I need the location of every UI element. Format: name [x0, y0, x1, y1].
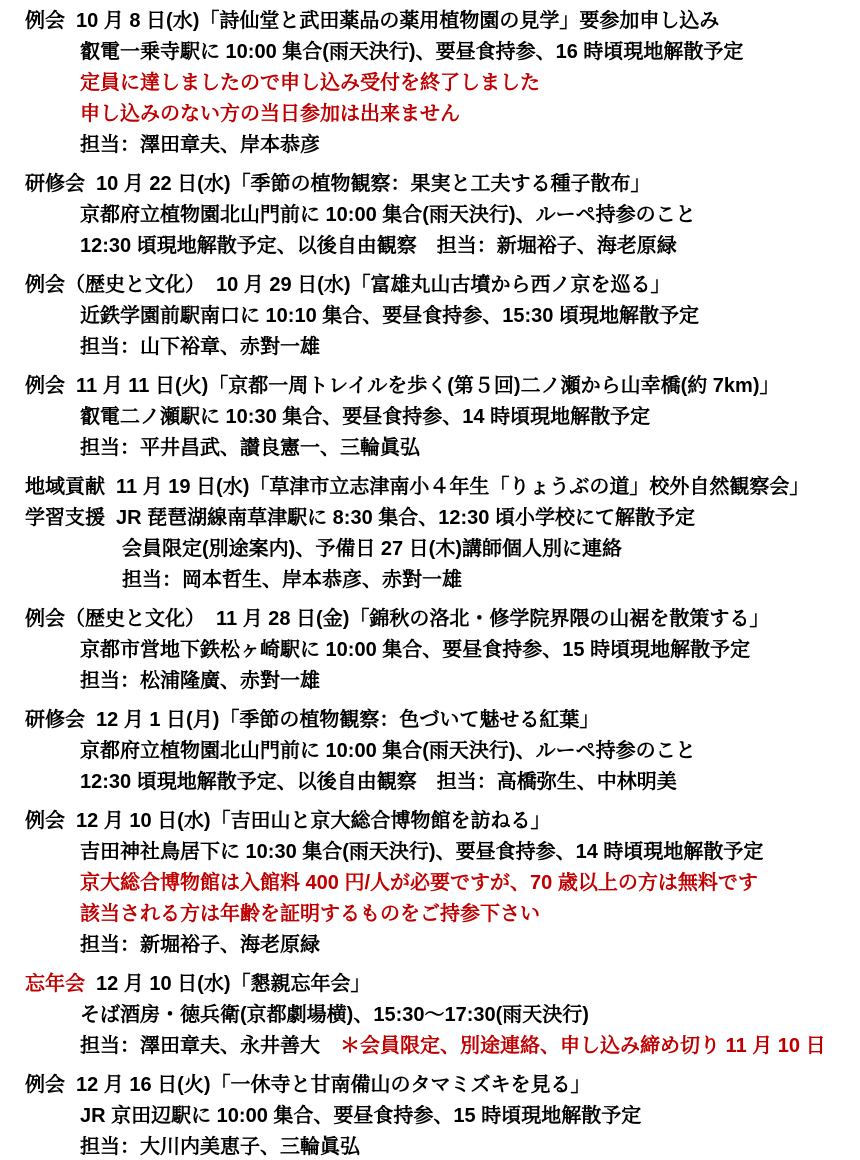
- text-segment: 会員限定(別途案内)、予備日 27 日(木)講師個人別に連絡: [122, 534, 622, 565]
- event-line: 担当：松浦隆廣、赤對一雄: [25, 666, 852, 697]
- event-line: 12:30 頃現地解散予定、以後自由観察 担当：新堀裕子、海老原緑: [25, 231, 852, 262]
- text-segment: JR 京田辺駅に 10:00 集合、要昼食持参、15 時頃現地解散予定: [80, 1101, 641, 1132]
- event-line: 叡電一乗寺駅に 10:00 集合(雨天決行)、要昼食持参、16 時頃現地解散予定: [25, 37, 852, 68]
- event-block: 忘年会12 月 10 日(水)「懇親忘年会」そば酒房・徳兵衛(京都劇場横)、15…: [25, 969, 852, 1062]
- event-category-label: 例会: [25, 806, 65, 837]
- events-list: 例会10 月 8 日(水)「詩仙堂と武田薬品の薬用植物園の見学」要参加申し込み叡…: [0, 0, 860, 1160]
- event-category-label-2: 学習支援: [25, 503, 105, 534]
- event-heading-row: 例会12 月 10 日(水)「吉田山と京大総合博物館を訪ねる」: [25, 806, 852, 837]
- event-heading: 12 月 10 日(水)「吉田山と京大総合博物館を訪ねる」: [76, 806, 550, 837]
- event-heading-row: 地域貢献11 月 19 日(水)「草津市立志津南小４年生「りょうぶの道」校外自然…: [25, 472, 852, 503]
- event-category-label: 忘年会: [25, 969, 85, 1000]
- event-line: 該当される方は年齢を証明するものをご持参下さい: [25, 899, 852, 930]
- text-segment: ＊会員限定、別途連絡、申し込み締め切り 11 月 10 日: [340, 1031, 826, 1062]
- event-heading: 12 月 16 日(火)「一休寺と甘南備山のタマミズキを見る」: [76, 1070, 590, 1101]
- text-segment: そば酒房・徳兵衛(京都劇場横)、15:30～17:30(雨天決行): [80, 1000, 589, 1031]
- event-line: 担当：新堀裕子、海老原緑: [25, 930, 852, 961]
- event-heading-row: 例会10 月 8 日(水)「詩仙堂と武田薬品の薬用植物園の見学」要参加申し込み: [25, 6, 852, 37]
- event-line: 申し込みのない方の当日参加は出来ません: [25, 99, 852, 130]
- text-segment: 叡電二ノ瀬駅に 10:30 集合、要昼食持参、14 時頃現地解散予定: [80, 402, 650, 433]
- event-block: 例会12 月 16 日(火)「一休寺と甘南備山のタマミズキを見る」JR 京田辺駅…: [25, 1070, 852, 1160]
- event-line: 叡電二ノ瀬駅に 10:30 集合、要昼食持参、14 時頃現地解散予定: [25, 402, 852, 433]
- text-segment: 担当：平井昌武、讃良憲一、三輪眞弘: [80, 433, 420, 464]
- text-segment: 京都府立植物園北山門前に 10:00 集合(雨天決行)、ルーペ持参のこと: [80, 200, 696, 231]
- text-segment: 京大総合博物館は入館料 400 円/人が必要ですが、70 歳以上の方は無料です: [80, 868, 758, 899]
- event-heading: 10 月 8 日(水)「詩仙堂と武田薬品の薬用植物園の見学」要参加申し込み: [76, 6, 719, 37]
- text-segment: 近鉄学園前駅南口に 10:10 集合、要昼食持参、15:30 頃現地解散予定: [80, 301, 699, 332]
- event-line: 近鉄学園前駅南口に 10:10 集合、要昼食持参、15:30 頃現地解散予定: [25, 301, 852, 332]
- event-heading: 12 月 10 日(水)「懇親忘年会」: [96, 969, 370, 1000]
- text-segment: 12:30 頃現地解散予定、以後自由観察 担当：新堀裕子、海老原緑: [80, 231, 677, 262]
- event-block: 研修会10 月 22 日(水)「季節の植物観察：果実と工夫する種子散布」京都府立…: [25, 169, 852, 262]
- event-block: 例会（歴史と文化）10 月 29 日(水)「富雄丸山古墳から西ノ京を巡る」近鉄学…: [25, 270, 852, 363]
- text-segment: 担当：山下裕章、赤對一雄: [80, 332, 320, 363]
- event-category-label: 例会: [25, 1070, 65, 1101]
- event-line: 定員に達しましたので申し込み受付を終了しました: [25, 68, 852, 99]
- text-segment: 申し込みのない方の当日参加は出来ません: [80, 99, 460, 130]
- text-segment: 担当：新堀裕子、海老原緑: [80, 930, 320, 961]
- event-line: 京大総合博物館は入館料 400 円/人が必要ですが、70 歳以上の方は無料です: [25, 868, 852, 899]
- text-segment: 京都府立植物園北山門前に 10:00 集合(雨天決行)、ルーペ持参のこと: [80, 736, 696, 767]
- event-heading: 10 月 29 日(水)「富雄丸山古墳から西ノ京を巡る」: [216, 270, 670, 301]
- event-category-label: 例会: [25, 6, 65, 37]
- event-heading: 11 月 11 日(火)「京都一周トレイルを歩く(第５回)二ノ瀬から山幸橋(約 …: [76, 371, 780, 402]
- event-line: 担当：山下裕章、赤對一雄: [25, 332, 852, 363]
- event-line: 吉田神社鳥居下に 10:30 集合(雨天決行)、要昼食持参、14 時頃現地解散予…: [25, 837, 852, 868]
- event-heading-row: 研修会12 月 1 日(月)「季節の植物観察：色づいて魅せる紅葉」: [25, 705, 852, 736]
- text-segment: JR 琵琶湖線南草津駅に 8:30 集合、12:30 頃小学校にて解散予定: [116, 503, 695, 534]
- event-line: そば酒房・徳兵衛(京都劇場横)、15:30～17:30(雨天決行): [25, 1000, 852, 1031]
- event-heading-row: 研修会10 月 22 日(水)「季節の植物観察：果実と工夫する種子散布」: [25, 169, 852, 200]
- event-heading-row: 例会（歴史と文化）10 月 29 日(水)「富雄丸山古墳から西ノ京を巡る」: [25, 270, 852, 301]
- text-segment: 担当：澤田章夫、岸本恭彦: [80, 130, 320, 161]
- text-segment: 京都市営地下鉄松ヶ崎駅に 10:00 集合、要昼食持参、15 時頃現地解散予定: [80, 635, 750, 666]
- text-segment: 該当される方は年齢を証明するものをご持参下さい: [80, 899, 540, 930]
- text-segment: 担当：岡本哲生、岸本恭彦、赤對一雄: [122, 565, 462, 596]
- text-segment: 吉田神社鳥居下に 10:30 集合(雨天決行)、要昼食持参、14 時頃現地解散予…: [80, 837, 763, 868]
- event-heading-row: 例会11 月 11 日(火)「京都一周トレイルを歩く(第５回)二ノ瀬から山幸橋(…: [25, 371, 852, 402]
- text-segment: 担当：大川内美恵子、三輪眞弘: [80, 1132, 360, 1160]
- text-segment: 担当：澤田章夫、永井善大: [80, 1031, 340, 1062]
- event-line: 担当：澤田章夫、永井善大 ＊会員限定、別途連絡、申し込み締め切り 11 月 10…: [25, 1031, 852, 1062]
- event-block: 例会12 月 10 日(水)「吉田山と京大総合博物館を訪ねる」吉田神社鳥居下に …: [25, 806, 852, 961]
- event-block: 例会11 月 11 日(火)「京都一周トレイルを歩く(第５回)二ノ瀬から山幸橋(…: [25, 371, 852, 464]
- text-segment: 12:30 頃現地解散予定、以後自由観察 担当：高橋弥生、中林明美: [80, 767, 677, 798]
- event-heading: 10 月 22 日(水)「季節の植物観察：果実と工夫する種子散布」: [96, 169, 650, 200]
- event-heading-row: 例会12 月 16 日(火)「一休寺と甘南備山のタマミズキを見る」: [25, 1070, 852, 1101]
- event-line: 京都府立植物園北山門前に 10:00 集合(雨天決行)、ルーペ持参のこと: [25, 200, 852, 231]
- event-heading-row: 忘年会12 月 10 日(水)「懇親忘年会」: [25, 969, 852, 1000]
- text-segment: 担当：松浦隆廣、赤對一雄: [80, 666, 320, 697]
- event-line: 京都市営地下鉄松ヶ崎駅に 10:00 集合、要昼食持参、15 時頃現地解散予定: [25, 635, 852, 666]
- event-line: 担当：澤田章夫、岸本恭彦: [25, 130, 852, 161]
- event-heading: 12 月 1 日(月)「季節の植物観察：色づいて魅せる紅葉」: [96, 705, 599, 736]
- event-line: 学習支援JR 琵琶湖線南草津駅に 8:30 集合、12:30 頃小学校にて解散予…: [25, 503, 852, 534]
- event-block: 研修会12 月 1 日(月)「季節の植物観察：色づいて魅せる紅葉」京都府立植物園…: [25, 705, 852, 798]
- event-line: JR 京田辺駅に 10:00 集合、要昼食持参、15 時頃現地解散予定: [25, 1101, 852, 1132]
- event-block: 例会10 月 8 日(水)「詩仙堂と武田薬品の薬用植物園の見学」要参加申し込み叡…: [25, 6, 852, 161]
- event-category-label: 研修会: [25, 169, 85, 200]
- event-line: 12:30 頃現地解散予定、以後自由観察 担当：高橋弥生、中林明美: [25, 767, 852, 798]
- event-line: 担当：岡本哲生、岸本恭彦、赤對一雄: [25, 565, 852, 596]
- text-segment: 叡電一乗寺駅に 10:00 集合(雨天決行)、要昼食持参、16 時頃現地解散予定: [80, 37, 743, 68]
- event-block: 例会（歴史と文化）11 月 28 日(金)「錦秋の洛北・修学院界隈の山裾を散策す…: [25, 604, 852, 697]
- event-heading-row: 例会（歴史と文化）11 月 28 日(金)「錦秋の洛北・修学院界隈の山裾を散策す…: [25, 604, 852, 635]
- event-category-label: 研修会: [25, 705, 85, 736]
- event-category-label: 例会（歴史と文化）: [25, 270, 205, 301]
- event-heading: 11 月 19 日(水)「草津市立志津南小４年生「りょうぶの道」校外自然観察会」: [116, 472, 809, 503]
- event-category-label: 例会: [25, 371, 65, 402]
- event-line: 担当：大川内美恵子、三輪眞弘: [25, 1132, 852, 1160]
- event-block: 地域貢献11 月 19 日(水)「草津市立志津南小４年生「りょうぶの道」校外自然…: [25, 472, 852, 596]
- event-line: 会員限定(別途案内)、予備日 27 日(木)講師個人別に連絡: [25, 534, 852, 565]
- event-line: 担当：平井昌武、讃良憲一、三輪眞弘: [25, 433, 852, 464]
- event-line: 京都府立植物園北山門前に 10:00 集合(雨天決行)、ルーペ持参のこと: [25, 736, 852, 767]
- event-heading: 11 月 28 日(金)「錦秋の洛北・修学院界隈の山裾を散策する」: [216, 604, 769, 635]
- event-category-label: 例会（歴史と文化）: [25, 604, 205, 635]
- event-category-label: 地域貢献: [25, 472, 105, 503]
- text-segment: 定員に達しましたので申し込み受付を終了しました: [80, 68, 540, 99]
